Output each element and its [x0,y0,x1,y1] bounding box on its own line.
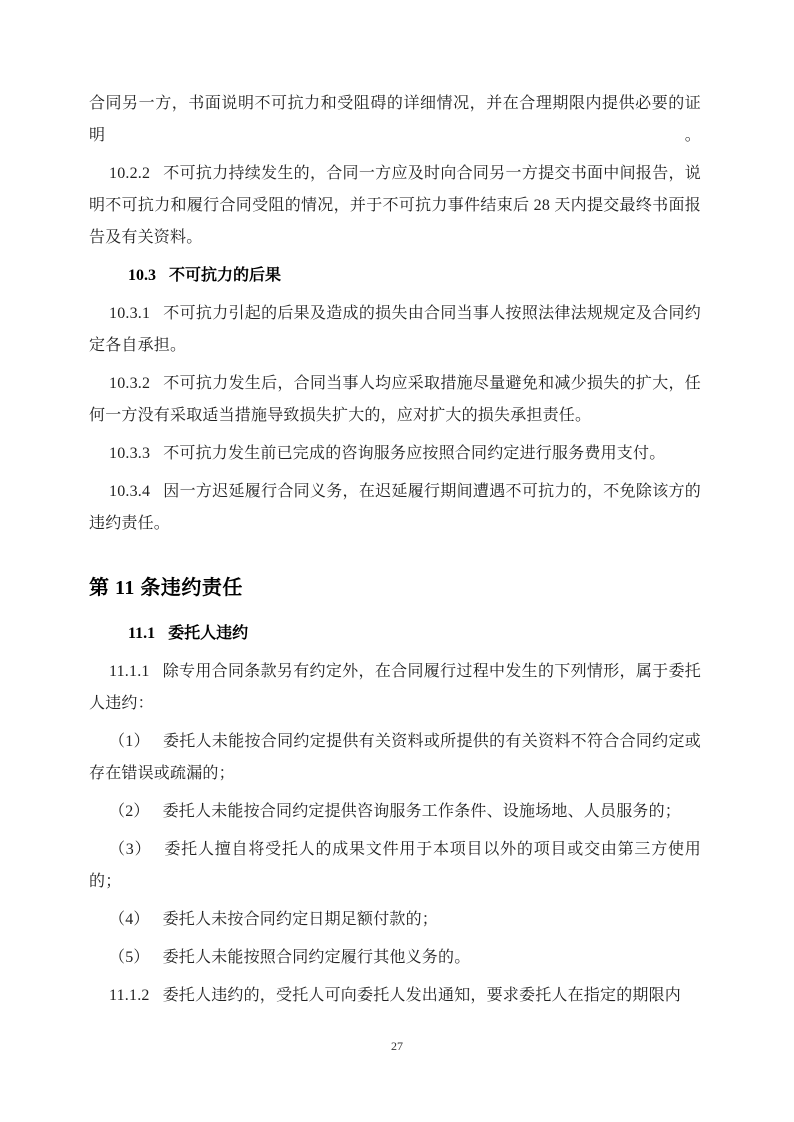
clause-text: 不可抗力发生前已完成的咨询服务应按照合同约定进行服务费用支付。 [163,445,665,462]
clause-text: 不可抗力引起的后果及造成的损失由合同当事人按照法律法规规定及合同约定各自承担。 [89,305,701,354]
clause-number: 10.3.1 [109,305,150,322]
list-item-number: （1） [109,733,150,750]
clause-text: 不可抗力发生后，合同当事人均应采取措施尽量避免和减少损失的扩大，任何一方没有采取… [89,375,701,424]
list-item-text: 委托人擅自将受托人的成果文件用于本项目以外的项目或交由第三方使用的； [89,841,701,890]
list-item-number: （5） [109,949,150,966]
list-item-number: （2） [109,803,150,820]
heading-number: 10.3 [128,267,156,284]
clause-text: 因一方迟延履行合同义务，在迟延履行期间遭遇不可抗力的，不免除该方的违约责任。 [89,483,701,532]
clause-10-3-4: 10.3.4因一方迟延履行合同义务，在迟延履行期间遭遇不可抗力的，不免除该方的违… [89,476,701,540]
list-item-3: （3）委托人擅自将受托人的成果文件用于本项目以外的项目或交由第三方使用的； [89,834,701,898]
clause-text: 委托人违约的，受托人可向委托人发出通知，要求委托人在指定的期限内 [163,987,681,1004]
list-item-1: （1）委托人未能按合同约定提供有关资料或所提供的有关资料不符合合同约定或存在错误… [89,726,701,790]
heading-article-11: 第 11 条违约责任 [89,570,701,606]
list-item-5: （5）委托人未能按照合同约定履行其他义务的。 [89,942,701,974]
list-item-2: （2）委托人未能按合同约定提供咨询服务工作条件、设施场地、人员服务的； [89,796,701,828]
clause-10-3-1: 10.3.1不可抗力引起的后果及造成的损失由合同当事人按照法律法规规定及合同约定… [89,298,701,362]
clause-11-1-1: 11.1.1除专用合同条款另有约定外，在合同履行过程中发生的下列情形，属于委托人… [89,656,701,720]
heading-number: 11.1 [128,625,155,642]
list-item-text: 委托人未能按合同约定提供咨询服务工作条件、设施场地、人员服务的； [163,803,681,820]
clause-text: 除专用合同条款另有约定外，在合同履行过程中发生的下列情形，属于委托人违约： [89,663,701,712]
clause-10-3-2: 10.3.2不可抗力发生后，合同当事人均应采取措施尽量避免和减少损失的扩大，任何… [89,368,701,432]
clause-number: 10.3.2 [109,375,150,392]
clause-text: 不可抗力持续发生的，合同一方应及时向合同另一方提交书面中间报告，说明不可抗力和履… [89,165,701,246]
clause-10-2-2: 10.2.2不可抗力持续发生的，合同一方应及时向合同另一方提交书面中间报告，说明… [89,158,701,254]
clause-number: 11.1.1 [109,663,150,680]
paragraph-continuation: 合同另一方，书面说明不可抗力和受阻碍的详细情况，并在合理期限内提供必要的证明。 [89,88,701,152]
heading-10-3: 10.3不可抗力的后果 [89,260,701,292]
clause-number: 10.3.3 [109,445,150,462]
page-content: 合同另一方，书面说明不可抗力和受阻碍的详细情况，并在合理期限内提供必要的证明。 … [89,88,701,1018]
list-item-number: （3） [109,841,151,858]
list-item-text: 委托人未能按照合同约定履行其他义务的。 [163,949,471,966]
heading-11-1: 11.1委托人违约 [89,618,701,650]
page-number: 27 [0,1036,794,1056]
heading-title: 不可抗力的后果 [169,267,281,284]
list-item-4: （4）委托人未按合同约定日期足额付款的； [89,904,701,936]
document-page: 合同另一方，书面说明不可抗力和受阻碍的详细情况，并在合理期限内提供必要的证明。 … [0,0,794,1122]
list-item-text: 委托人未按合同约定日期足额付款的； [163,911,438,928]
heading-title: 委托人违约 [168,625,248,642]
list-item-text: 委托人未能按合同约定提供有关资料或所提供的有关资料不符合合同约定或存在错误或疏漏… [89,733,701,782]
clause-number: 10.2.2 [109,165,150,182]
clause-10-3-3: 10.3.3不可抗力发生前已完成的咨询服务应按照合同约定进行服务费用支付。 [89,438,701,470]
list-item-number: （4） [109,911,150,928]
clause-11-1-2: 11.1.2委托人违约的，受托人可向委托人发出通知，要求委托人在指定的期限内 [89,980,701,1012]
clause-number: 11.1.2 [109,987,150,1004]
clause-number: 10.3.4 [109,483,150,500]
